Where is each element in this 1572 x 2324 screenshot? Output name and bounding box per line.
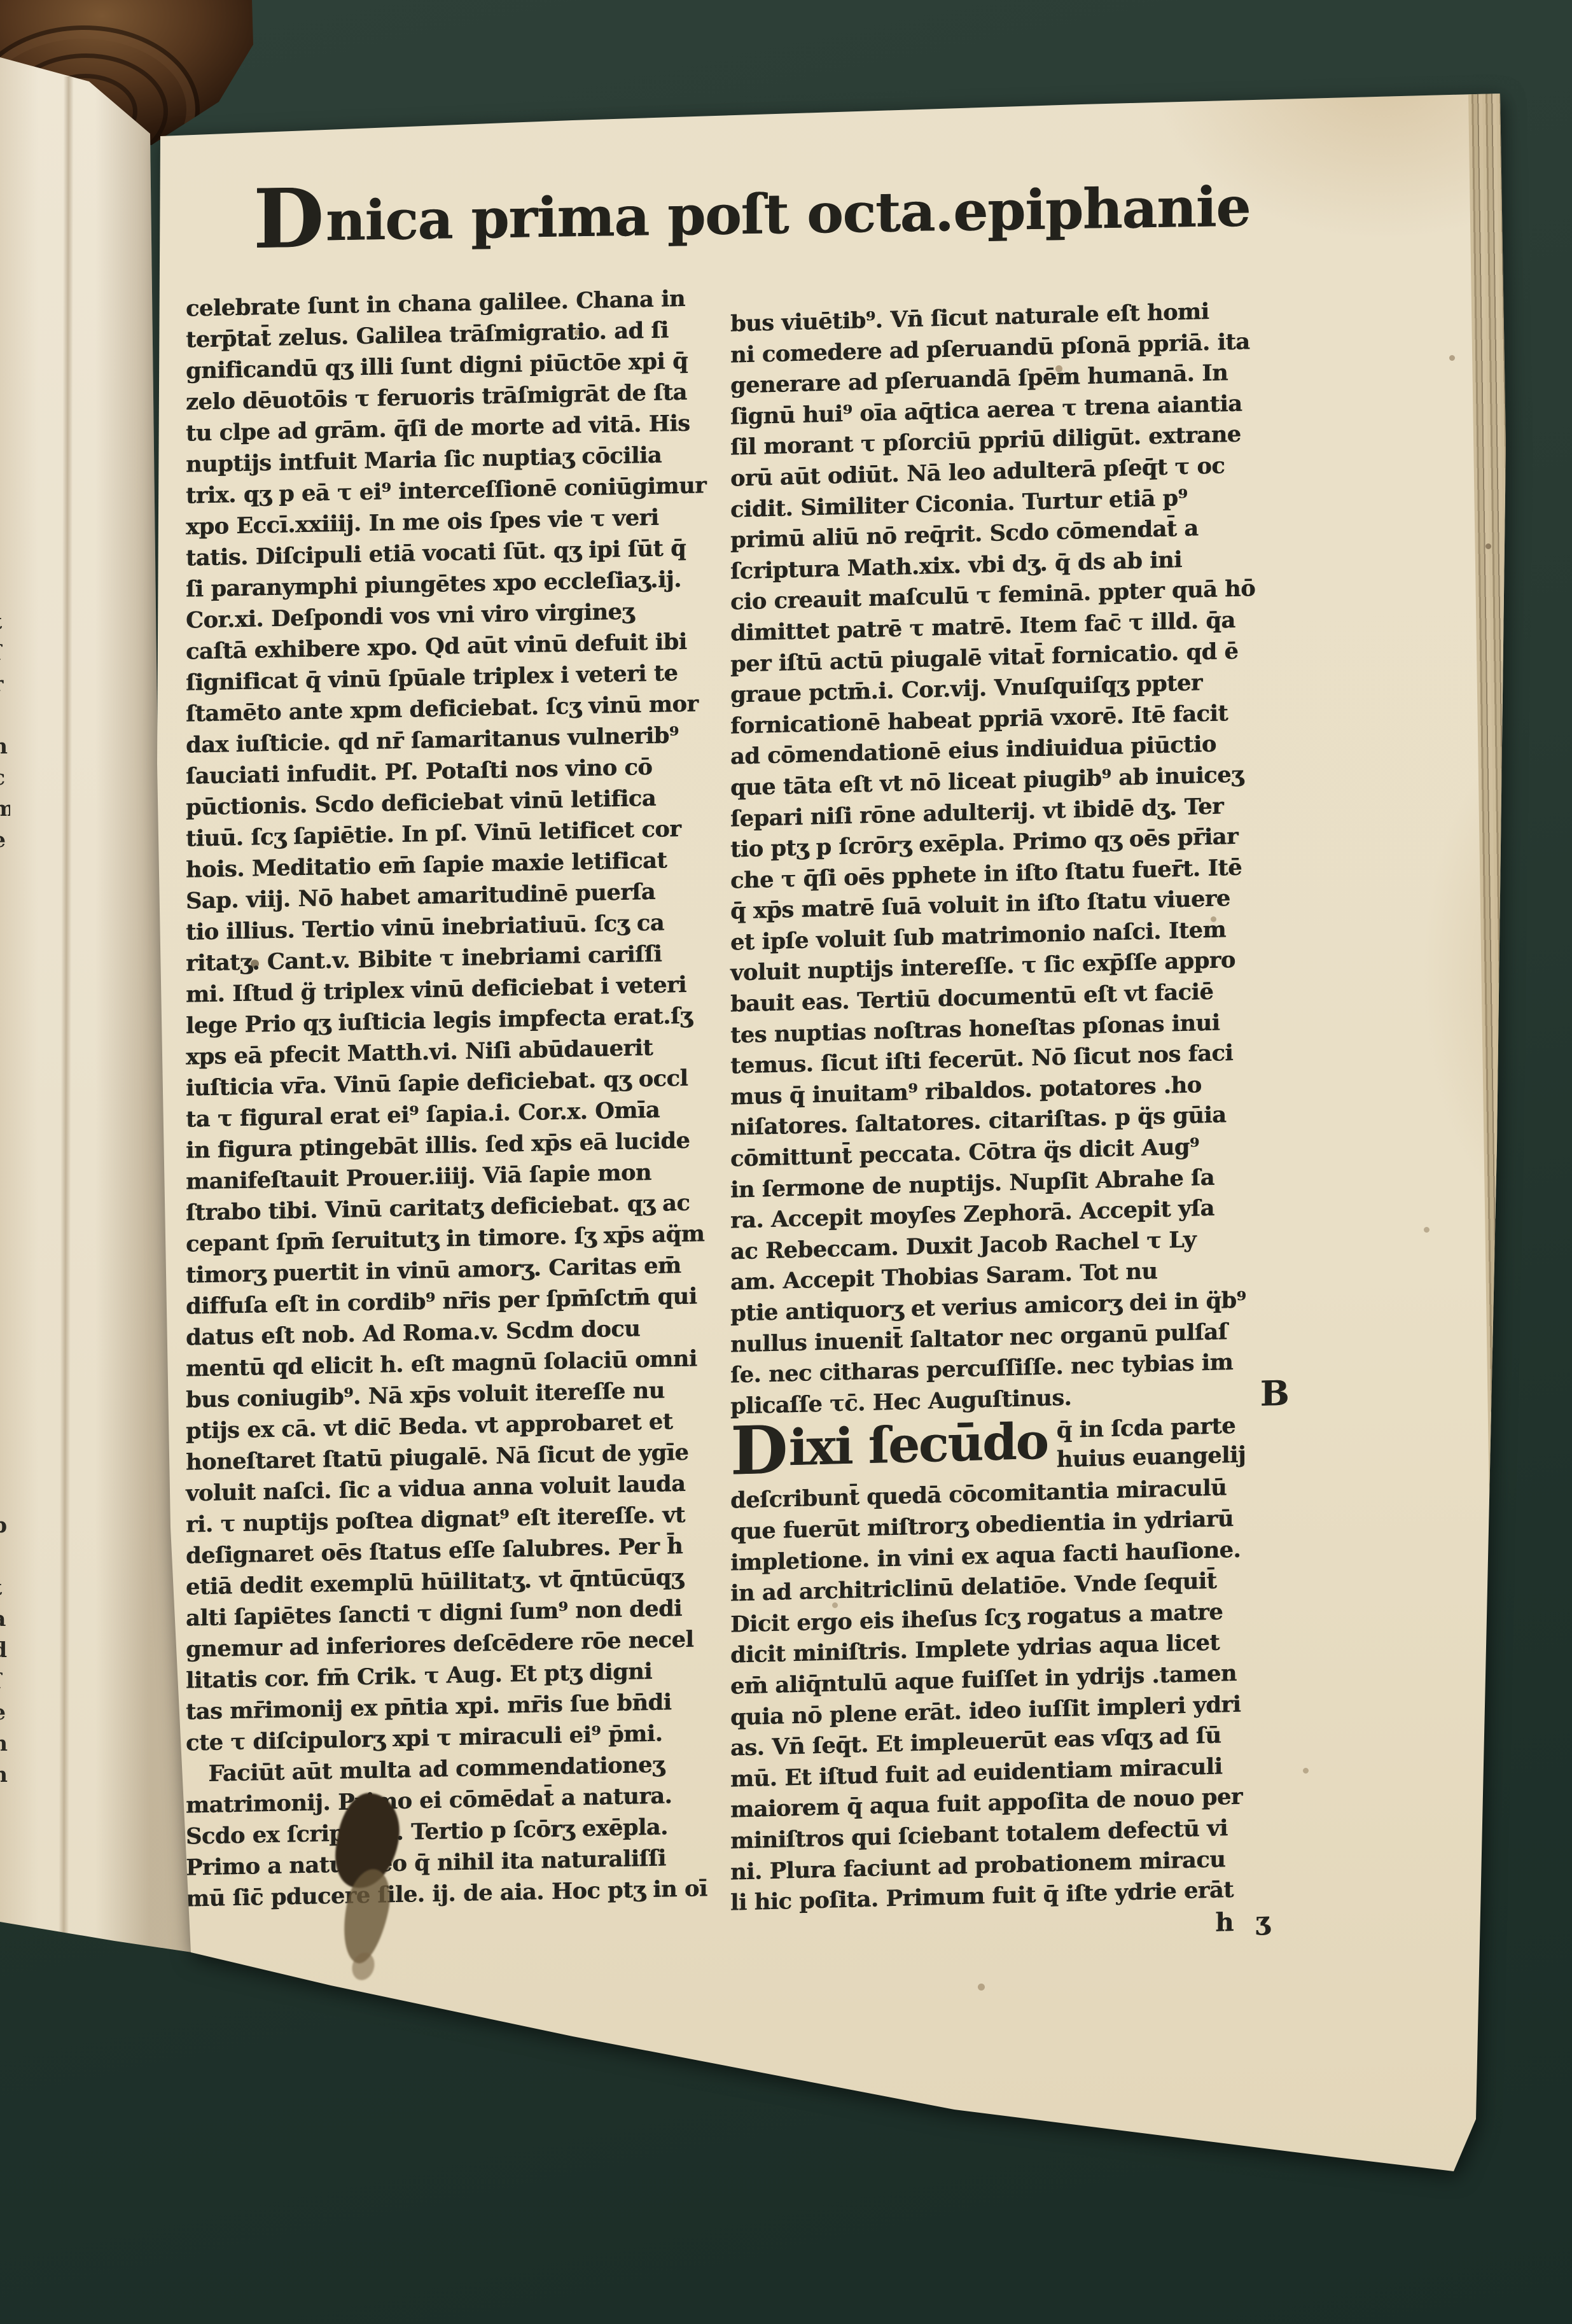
heading-initial-letter: D <box>253 171 323 267</box>
section-heading-text: ixi ſecūdo <box>789 1415 1048 1476</box>
paper-specks <box>0 0 3 3</box>
paragraph-mark-b: B <box>1260 1373 1289 1414</box>
book-page: Dnica prima poſt octa.epiphanie celebrat… <box>0 0 1572 2324</box>
section-initial-letter: D <box>730 1422 788 1480</box>
right-column-lower-lines: deſcribunt̄ quedā cōcomitantia miraculūq… <box>730 1471 1298 1919</box>
ink-blot <box>323 1793 425 1984</box>
text-line: huius euangelij <box>1057 1441 1246 1475</box>
right-column-upper-lines: bus viuētib⁹. Vn̄ ſicut naturale eſt hom… <box>730 294 1298 1422</box>
section-heading-side-lines: q̄ in ſcda partehuius euangelij <box>1057 1410 1246 1475</box>
page-heading: Dnica prima poſt octa.epiphanie <box>253 176 1157 255</box>
text-line: q̄ in ſcda parte <box>1057 1411 1246 1446</box>
page-surface: Dnica prima poſt octa.epiphanie celebrat… <box>0 0 1572 2324</box>
heading-text: nica prima poſt octa.epiphanie <box>326 175 1250 254</box>
fore-edge-page-stack <box>1468 92 1532 2160</box>
text-column-left: celebrate ſunt in chana galilee. Chana i… <box>186 282 734 1914</box>
text-column-right: bus viuētib⁹. Vn̄ ſicut naturale eſt hom… <box>730 294 1298 1950</box>
